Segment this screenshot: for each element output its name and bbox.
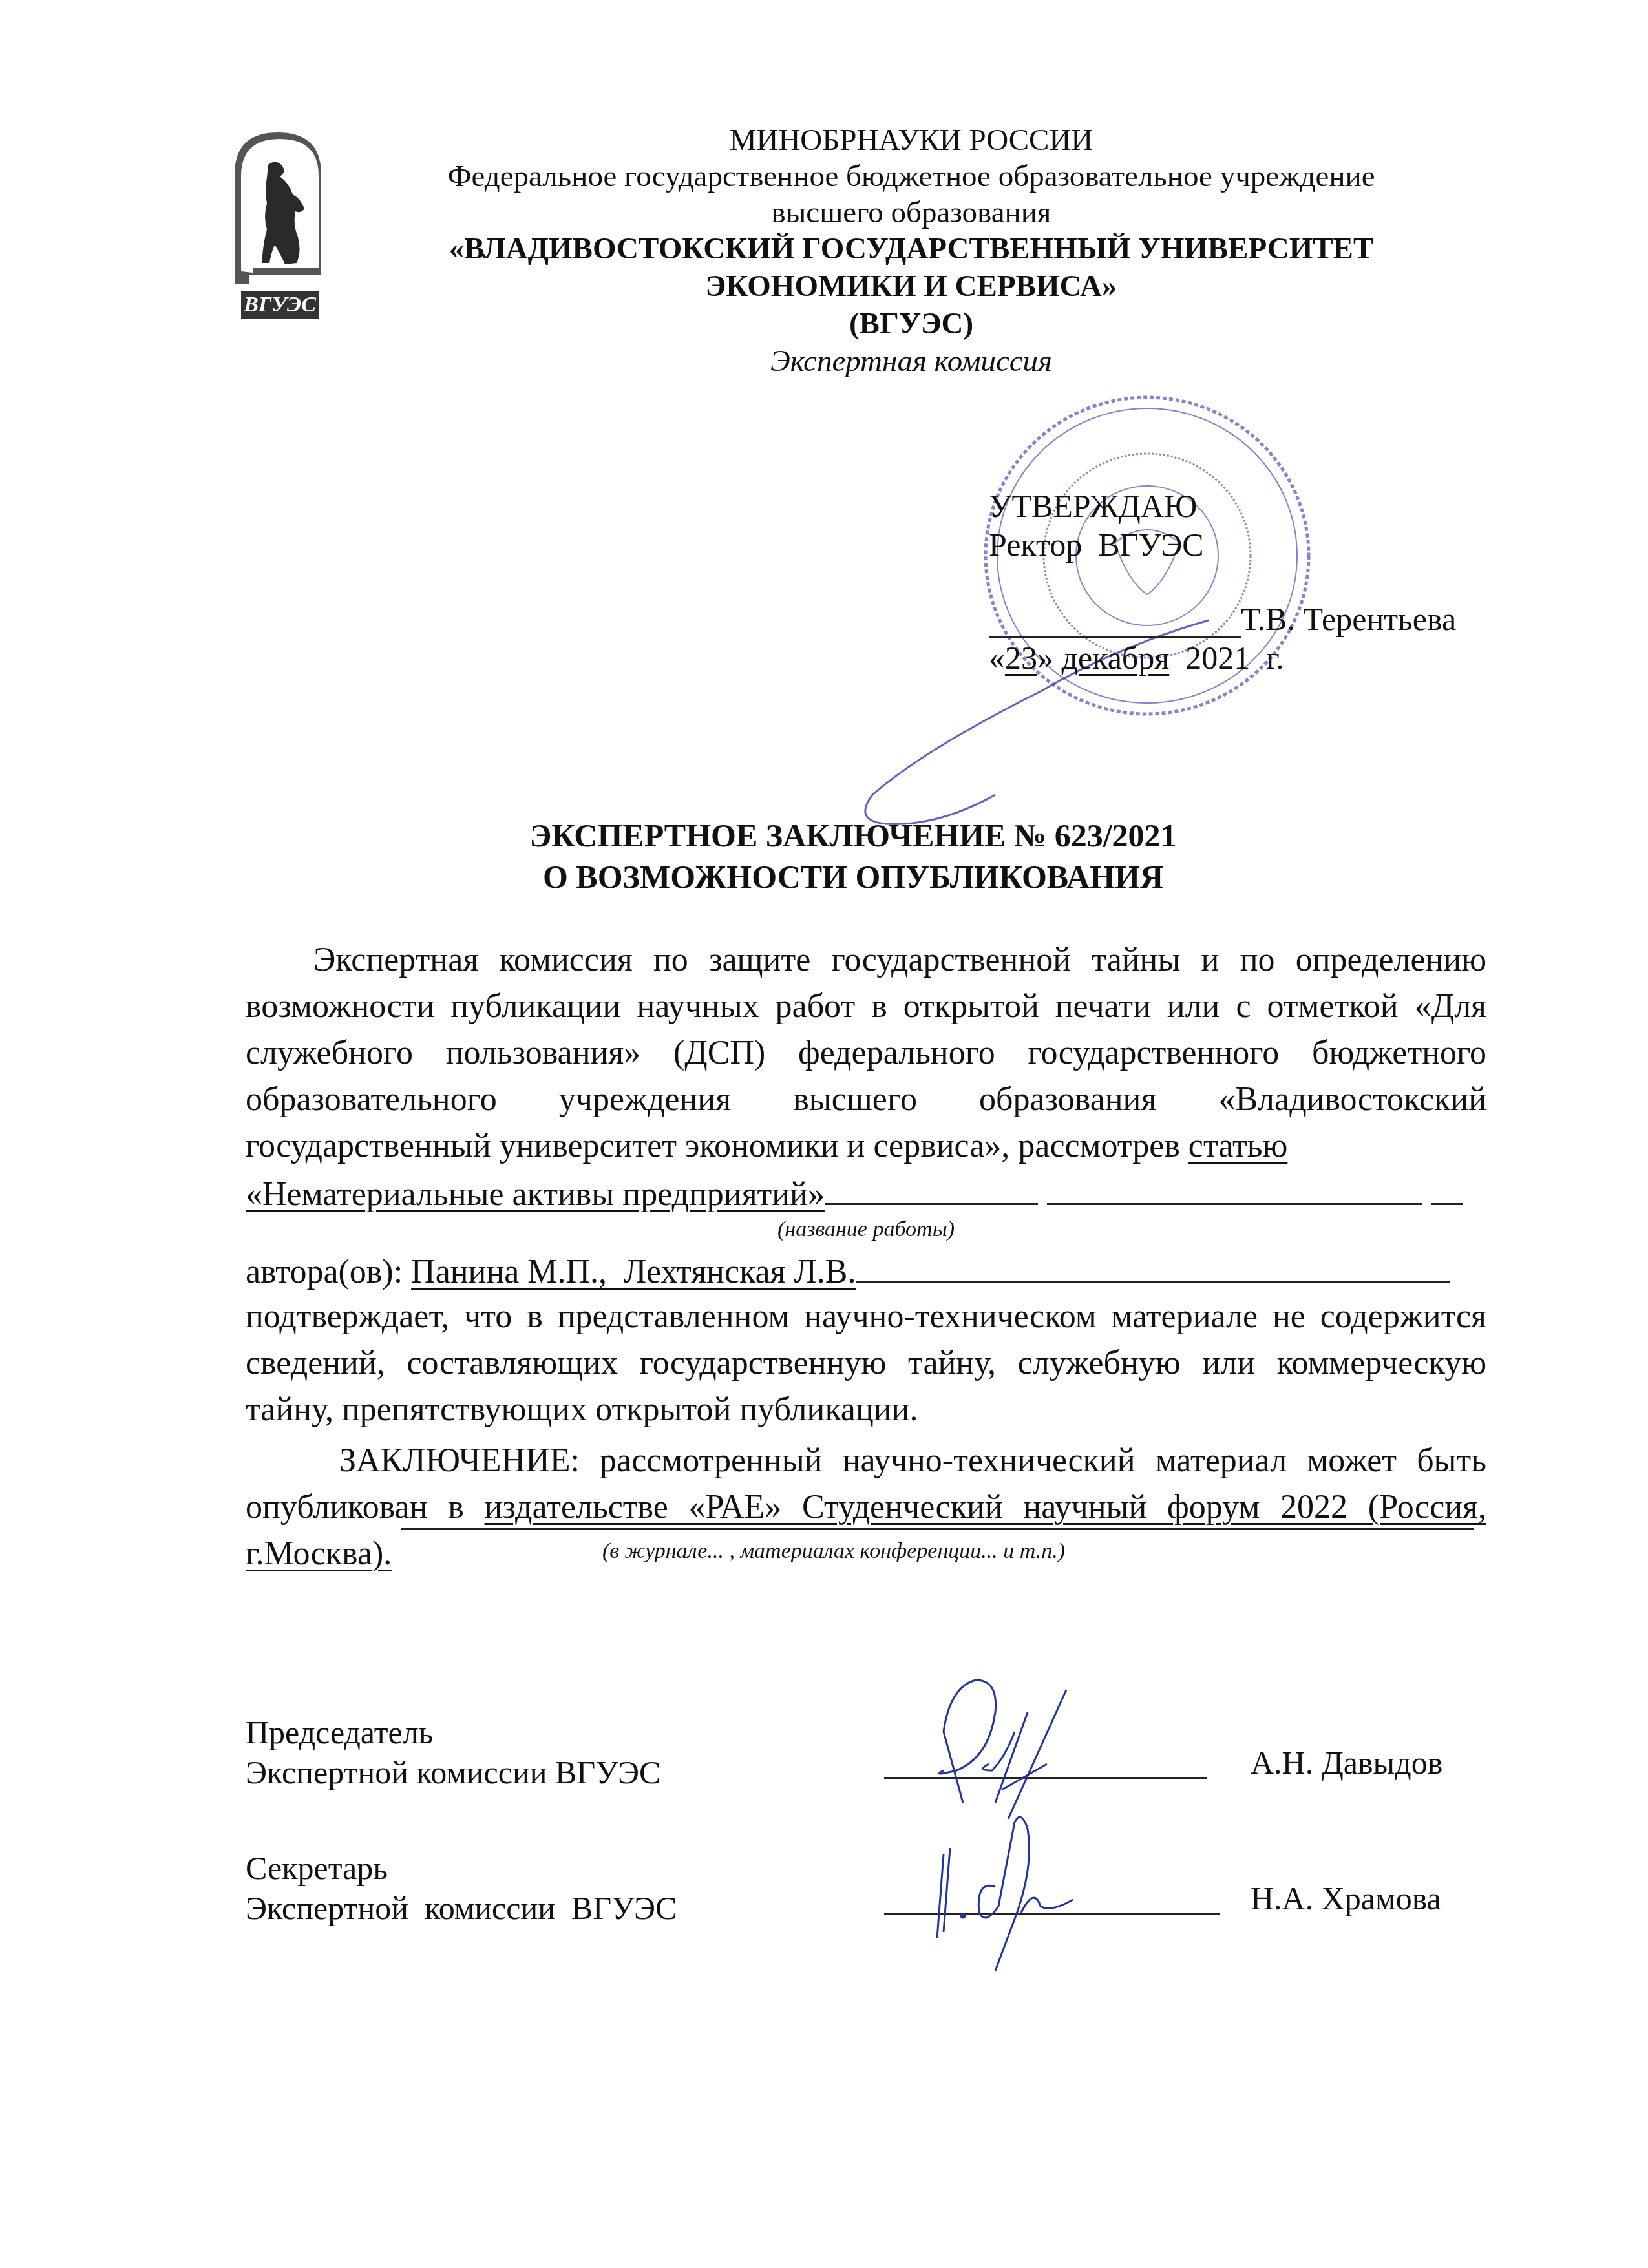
approval-date: «23» декабря 2021 г.: [989, 640, 1284, 676]
work-type: статью: [1188, 1128, 1287, 1164]
rector-signature-icon: [847, 601, 1234, 834]
intro-paragraph: Экспертная комиссия по защите государств…: [246, 937, 1486, 1170]
authors-label: автора(ов):: [246, 1254, 403, 1290]
date-suffix: г.: [1266, 640, 1284, 676]
authors-names: Панина М.П., Лехтянская Л.В.: [411, 1254, 856, 1290]
secretary-commission: Экспертной комиссии ВГУЭС: [246, 1888, 677, 1928]
institution-type-line1: Федеральное государственное бюджетное об…: [323, 158, 1499, 195]
secretary-signature-icon: [924, 1809, 1105, 1977]
approver-signature-line: [989, 636, 1241, 638]
university-name-line1: «ВЛАДИВОСТОКСКИЙ ГОСУДАРСТВЕННЫЙ УНИВЕРС…: [323, 230, 1499, 268]
authors-fill-line-short: [856, 1247, 882, 1283]
university-logo: ВГУЭС: [229, 129, 326, 323]
date-month: декабря: [1062, 640, 1170, 676]
date-year: 2021: [1185, 640, 1250, 676]
chairman-signature-icon: [918, 1674, 1112, 1822]
document-title-line1: ЭКСПЕРТНОЕ ЗАКЛЮЧЕНИЕ № 623/2021: [246, 815, 1461, 856]
approve-label: УТВЕРЖДАЮ: [989, 488, 1197, 524]
work-title: «Нематериальные активы предприятий»: [246, 1176, 825, 1213]
document-title-line2: О ВОЗМОЖНОСТИ ОПУБЛИКОВАНИЯ: [246, 857, 1461, 897]
university-name-line2: ЭКОНОМИКИ И СЕРВИСА»: [323, 268, 1499, 305]
secretary-name: Н.А. Храмова: [1251, 1878, 1441, 1918]
logo-text: ВГУЭС: [241, 292, 319, 318]
chairman-name: А.Н. Давыдов: [1251, 1743, 1442, 1783]
chairman-role: Председатель: [246, 1712, 434, 1752]
authors-row: автора(ов): Панина М.П., Лехтянская Л.В.: [246, 1247, 1486, 1296]
chairman-commission: Экспертной комиссии ВГУЭС: [246, 1752, 660, 1792]
date-day: 23: [1005, 640, 1037, 676]
approver-position: Ректор ВГУЭС: [989, 527, 1204, 563]
work-title-hint: (название работы): [246, 1217, 1486, 1242]
date-quote-close: »: [1037, 640, 1053, 676]
publication-hint: (в журнале... , материалах конференции..…: [246, 1539, 1422, 1564]
confirmation-paragraph: подтверждает, что в представленном научн…: [246, 1294, 1486, 1433]
approver-name: Т.В. Терентьева: [1241, 601, 1456, 637]
institution-type-line2: высшего образования: [323, 194, 1499, 231]
commission-name: Экспертная комиссия: [323, 342, 1499, 380]
ministry-name: МИНОБРНАУКИ РОССИИ: [323, 121, 1499, 159]
intro-text: Экспертная комиссия по защите государств…: [246, 941, 1486, 1164]
work-title-fill-line-2: [1047, 1170, 1422, 1205]
publication-fill-line: [401, 1528, 1474, 1530]
secretary-role: Секретарь: [246, 1848, 388, 1888]
university-abbreviation: (ВГУЭС): [323, 305, 1499, 342]
work-title-fill-line-3: [1431, 1170, 1463, 1205]
authors-fill-line: [882, 1247, 1450, 1283]
work-title-fill-line: [825, 1170, 1038, 1205]
date-quote-open: «: [989, 640, 1005, 676]
work-title-row: «Нематериальные активы предприятий»: [246, 1170, 1486, 1218]
